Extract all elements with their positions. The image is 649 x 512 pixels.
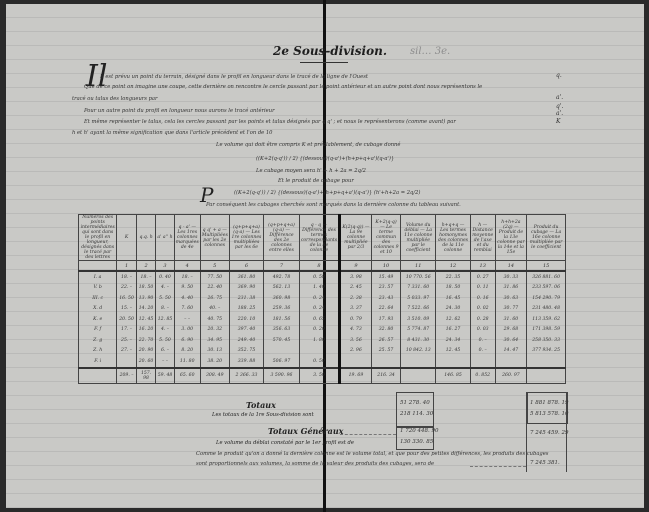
total-cell	[79, 368, 117, 384]
totaux-generaux-label: Totaux Généraux	[268, 426, 343, 436]
total-cell: 65. 60	[174, 368, 200, 384]
table-cell: 13. 90	[136, 293, 155, 304]
table-body: I. a18. –18. –0. 4018. –77. 50361. 80492…	[79, 271, 566, 368]
table-cell: 2. 38	[340, 293, 372, 304]
formula-line-6: Par conséquent les cubages cherchés sont…	[206, 202, 461, 208]
col-header: Produit du cubage — La 16e colonne multi…	[527, 215, 566, 261]
table-cell: 0. 65	[299, 314, 339, 325]
table-cell: 23. 43	[371, 293, 401, 304]
table-cell: 40. 75	[200, 314, 229, 325]
table-cell: 171 398. 59	[527, 325, 566, 336]
table-cell: Z. g	[79, 335, 117, 346]
table-row: X. d15. –14. 208. –7. 6040. –188. 25259.…	[79, 304, 566, 315]
table-cell: 18. –	[117, 271, 136, 283]
col-number: 14	[495, 261, 527, 272]
table-cell: 5. 50	[156, 293, 174, 304]
col-number: 5	[200, 261, 229, 272]
table-cell: 3. 56	[340, 335, 372, 346]
table-cell: 12. 45	[136, 314, 155, 325]
table-cell: 181. 56	[264, 314, 300, 325]
col-header: Volume du déblai — La 11e colonne multip…	[401, 215, 436, 261]
table-row: K. e20. 5012. 4512. 85– –40. 75220. 1018…	[79, 314, 566, 325]
table-cell: 30. 33	[495, 271, 527, 283]
table-cell: 5 033. 97	[401, 293, 436, 304]
table-cell: 25. –	[117, 335, 136, 346]
right-rule	[526, 392, 527, 472]
table-cell: 326 881. 60	[527, 271, 566, 283]
table-cell: III. c	[79, 293, 117, 304]
table-cell	[401, 356, 436, 368]
table-cell	[264, 346, 300, 357]
col-number: 10	[371, 261, 401, 272]
col-number: 3	[156, 261, 174, 272]
table-cell: 18. 50	[436, 283, 471, 294]
table-cell: 22. 64	[371, 304, 401, 315]
col-header: q q' + a — Multipliées par les 2e colonn…	[200, 215, 229, 261]
table-row: F. f17. –16. 204. –3. 0020. 32397. 40356…	[79, 325, 566, 336]
table-cell: 0. 50	[299, 356, 339, 368]
table-cell: 570. 45	[264, 335, 300, 346]
col-header: h — Distance moyenne de l'axe et du remb…	[470, 215, 495, 261]
table-cell: 30. 64	[495, 335, 527, 346]
total-cell: 216. 34	[371, 368, 401, 384]
table-cell: 14. 20	[136, 304, 155, 315]
table-cell: – –	[156, 356, 174, 368]
col-number: 6	[229, 261, 263, 272]
column-number-row: 1 2 3 4 5 6 7 8 9 10 11 12 13 14 15	[79, 261, 566, 272]
totals-row: 209. –157. 9859. 4865. 60308. 492 366. 3…	[79, 368, 566, 384]
table-cell: 16. 27	[436, 325, 471, 336]
table-cell: 10 842. 13	[401, 346, 436, 357]
table-cell	[340, 356, 372, 368]
table-cell: 249. 40	[229, 335, 263, 346]
table-cell: 30. 63	[495, 293, 527, 304]
total-cell: 157. 98	[136, 368, 155, 384]
table-cell: 34. 95	[200, 335, 229, 346]
table-cell: 32. 80	[371, 325, 401, 336]
table-cell: 0. 20	[299, 325, 339, 336]
table-cell: 25. 57	[371, 346, 401, 357]
intro-line-2: Que de ce point on imagine une coupe, ce…	[84, 82, 482, 92]
table-cell: F. i	[79, 356, 117, 368]
table-row: III. c16. 5013. 905. 504. 4026. 75231. 3…	[79, 293, 566, 304]
total-cell: 0. 852	[470, 368, 495, 384]
table-cell: 0. 28	[470, 314, 495, 325]
table-cell: Z. h	[79, 346, 117, 357]
table-cell: 15. 49	[371, 271, 401, 283]
page-title: 2e Sous-division.	[230, 44, 430, 58]
col-header: a' a'' h	[156, 215, 174, 261]
table-cell: 1. 80	[299, 335, 339, 346]
table-cell: 259. 36	[264, 304, 300, 315]
formula-line-3: Le cubage moyen sera h' + h + 2a = 2q/2	[256, 168, 366, 174]
table-cell: 20. 50	[117, 314, 136, 325]
right-general-total: 7 245 459. 29	[530, 430, 569, 436]
table-cell: 30. 77	[495, 304, 527, 315]
table-cell: 18. 50	[136, 283, 155, 294]
col-number: 8	[299, 261, 339, 272]
total-cell	[401, 368, 436, 384]
table-cell: V. b	[79, 283, 117, 294]
col-header: (q+p+q+a)(q-a) — Différence des 2e colon…	[264, 215, 300, 261]
table-cell: 77. 50	[200, 271, 229, 283]
formula-line-2: ((K+2(q-q')) / 2) {(dessous)(q-a')+(h+p+…	[256, 156, 394, 162]
col-number: 12	[436, 261, 471, 272]
col-number: 1	[117, 261, 136, 272]
table-cell: 2. 45	[340, 283, 372, 294]
table-cell: 4. 40	[174, 293, 200, 304]
margin-symbol-k: K	[556, 118, 560, 125]
table-cell: 24. 34	[436, 335, 471, 346]
table-cell: 15. –	[117, 304, 136, 315]
final-value: 7 245 381.	[530, 460, 560, 466]
table-row: Z. h27. –20. 906. –8. 2030. 13352. 752. …	[79, 346, 566, 357]
table-cell: 0. –	[470, 335, 495, 346]
table-cell: 233 597. 06	[527, 283, 566, 294]
total-cell: 146. 85	[436, 368, 471, 384]
table-cell: 4. –	[156, 283, 174, 294]
table-cell: 397. 40	[229, 325, 263, 336]
total-cell: 2 366. 33	[229, 368, 263, 384]
table-cell: 6. –	[156, 346, 174, 357]
table-cell: 26. 75	[200, 293, 229, 304]
total-cell: 19. 69	[340, 368, 372, 384]
table-header-row: Numéros des points intermédiaires qui so…	[79, 215, 566, 261]
formula-line-5: ((K+2(q-q')) / 2) {(dessous)(q-a')+(h+p+…	[234, 190, 420, 196]
table-cell: 8 431. 30	[401, 335, 436, 346]
table-cell: X. d	[79, 304, 117, 315]
leader-dots	[470, 466, 526, 467]
formula-line-1: Le volume qui doit être compris K et pré…	[216, 142, 400, 148]
col-header: h+q+q — Les termes homonymes des colonne…	[436, 215, 471, 261]
col-header: Numéros des points intermédiaires qui so…	[79, 215, 117, 261]
table-cell: 231. 38	[229, 293, 263, 304]
total-cell: 3. 50	[299, 368, 339, 384]
table-cell: 29. 68	[495, 325, 527, 336]
table-cell: 4. –	[156, 325, 174, 336]
leader-dots	[340, 434, 396, 435]
table-cell: 352. 75	[229, 346, 263, 357]
col-header: q - a' — Les 1res colonnes marquées de 4…	[174, 215, 200, 261]
col-number: 4	[174, 261, 200, 272]
margin-symbol-q: q.	[556, 72, 562, 79]
formula-line-4: Et le produit de cubage pour	[278, 178, 354, 184]
col-number: 2	[136, 261, 155, 272]
table-cell: 20. 32	[200, 325, 229, 336]
col-header: q.q. h	[136, 215, 155, 261]
table-cell: 22. 35	[436, 271, 471, 283]
final-text-1: Comme le produit qu'on a donné la derniè…	[196, 449, 548, 459]
table-cell: 2. 96	[340, 346, 372, 357]
table-cell: 369. 90	[229, 283, 263, 294]
table-cell: 24. 30	[436, 304, 471, 315]
right-rule	[566, 392, 567, 472]
table-cell: 18. –	[136, 271, 155, 283]
table-cell: 22. 40	[200, 283, 229, 294]
right-total-value: 5 813 578. 10	[530, 411, 569, 417]
table-cell: 154 290. 79	[527, 293, 566, 304]
table-cell: 16. 45	[436, 293, 471, 304]
table-cell: F. f	[79, 325, 117, 336]
table-cell: 12. 85	[156, 314, 174, 325]
table-cell: 38. 20	[200, 356, 229, 368]
table-cell: 3. 98	[340, 271, 372, 283]
table-cell: 0. 11	[470, 283, 495, 294]
table-cell: 258 350. 33	[527, 335, 566, 346]
margin-symbol-a2: a'.	[556, 110, 563, 117]
intro-line-4: Pour un autre point du profil en longueu…	[84, 106, 275, 116]
table-cell: 7. 60	[174, 304, 200, 315]
col-number: 15	[527, 261, 566, 272]
table-cell: I. a	[79, 271, 117, 283]
totals-value: 218 114. 30	[400, 411, 433, 417]
intro-line-3: tracé ou talus des longueurs par	[72, 94, 157, 104]
table-cell: 360. 98	[264, 293, 300, 304]
faded-stamp: sil… 3e.	[410, 46, 450, 57]
table-cell: 10 770. 56	[401, 271, 436, 283]
table-row: Z. g25. –22. 705. 506. 9034. 95249. 4057…	[79, 335, 566, 346]
table-cell: 377 934. 25	[527, 346, 566, 357]
table-cell	[436, 356, 471, 368]
table-cell: 0. 24	[299, 293, 339, 304]
table-cell: 30. 13	[200, 346, 229, 357]
table-cell: K. e	[79, 314, 117, 325]
col-header: h+h+2a (2q) — Produit de la 13e colonne …	[495, 215, 527, 261]
table-cell	[117, 356, 136, 368]
table-cell: 0. 24	[299, 304, 339, 315]
col-number	[79, 261, 117, 272]
table-cell: 22. –	[117, 283, 136, 294]
col-number: 7	[264, 261, 300, 272]
totaux-label: Totaux	[246, 400, 276, 410]
table-cell	[495, 356, 527, 368]
table-cell: 8. 20	[174, 346, 200, 357]
table-cell: 16. 50	[117, 293, 136, 304]
table-cell: 361. 80	[229, 271, 263, 283]
general-total-value: 130 330. 85	[400, 439, 433, 445]
table-cell: 188. 25	[229, 304, 263, 315]
table-cell: 27. –	[117, 346, 136, 357]
table-cell: 14. 47	[495, 346, 527, 357]
total-cell: 260. 97	[495, 368, 527, 384]
totals-box-1	[396, 392, 434, 428]
table-row: I. a18. –18. –0. 4018. –77. 50361. 80492…	[79, 271, 566, 283]
total-cell: 209. –	[117, 368, 136, 384]
table-cell: 6. 90	[174, 335, 200, 346]
table-cell: 0. 40	[156, 271, 174, 283]
subdivision-totals-label: Les totaux de la 1re Sous-division sont	[212, 412, 314, 418]
totals-value: 51 278. 40	[400, 400, 430, 406]
table-cell: 23. 57	[371, 283, 401, 294]
table-cell: 40. –	[200, 304, 229, 315]
title-underline	[300, 62, 348, 63]
table-cell: 7 331. 60	[401, 283, 436, 294]
table-cell: 0. –	[470, 346, 495, 357]
table-cell: 356. 63	[264, 325, 300, 336]
table-cell: 562. 13	[264, 283, 300, 294]
table-cell: 31. 86	[495, 283, 527, 294]
table-cell: 5 774. 87	[401, 325, 436, 336]
table-cell: 0. 79	[340, 314, 372, 325]
table-cell: 1. 40	[299, 283, 339, 294]
table-cell	[470, 356, 495, 368]
table-cell: 3. 37	[340, 304, 372, 315]
col-number: 9	[340, 261, 372, 272]
table-cell: 20. 60	[136, 356, 155, 368]
table-cell: 113 359. 62	[527, 314, 566, 325]
table-cell	[299, 346, 339, 357]
table-cell: 17. –	[117, 325, 136, 336]
total-cell: 308. 49	[200, 368, 229, 384]
col-number: 13	[470, 261, 495, 272]
table-cell: 0. 58	[299, 271, 339, 283]
table-cell	[371, 356, 401, 368]
col-header: q - q — Différence des termes correspond…	[299, 215, 339, 261]
margin-symbol-q2: q'.	[556, 103, 563, 110]
table-cell: 17. 93	[371, 314, 401, 325]
table-cell: 26. 57	[371, 335, 401, 346]
table-cell: 231 480. 48	[527, 304, 566, 315]
table-cell: 31. 60	[495, 314, 527, 325]
table-cell: 8. –	[156, 304, 174, 315]
table-cell: 12. 62	[436, 314, 471, 325]
totals-box-right	[527, 392, 568, 424]
table-cell: 5. 50	[156, 335, 174, 346]
col-header: (q+p+q+a)(q-a) — Les 1re colonnes multip…	[229, 215, 263, 261]
table-cell: 20. 90	[136, 346, 155, 357]
table-cell: 9. 50	[174, 283, 200, 294]
col-header: K	[117, 215, 136, 261]
table-cell	[527, 356, 566, 368]
col-header: K+2(q-q) — Le terme commun des colonnes …	[371, 215, 401, 261]
table-cell: 22. 70	[136, 335, 155, 346]
total-cell	[527, 368, 566, 384]
table-cell: 0. 16	[470, 293, 495, 304]
table-cell: 3. 00	[174, 325, 200, 336]
table-row: V. b22. –18. 504. –9. 5022. 40369. 90562…	[79, 283, 566, 294]
table-row: F. i20. 60– –11. 8038. 20339. 88506. 970…	[79, 356, 566, 368]
general-total-value: 1 720 448. 90	[400, 428, 439, 434]
final-text-2: sont proportionnels aux volumes, la somm…	[196, 459, 434, 469]
table-cell: 12. 45	[436, 346, 471, 357]
table-cell: 4. 73	[340, 325, 372, 336]
table-cell: 0. 02	[470, 304, 495, 315]
table-cell: 18. –	[174, 271, 200, 283]
intro-line-5: Et même représenter le talus, cela les c…	[84, 117, 456, 127]
table-cell: – –	[174, 314, 200, 325]
table-cell: 492. 78	[264, 271, 300, 283]
table-cell: 506. 97	[264, 356, 300, 368]
deblai-volume-label: Le volume du déblai constaté par le 1er …	[216, 440, 354, 446]
table-cell: 0. 27	[470, 271, 495, 283]
margin-symbol-a: a'.	[556, 94, 563, 101]
total-cell: 59. 48	[156, 368, 174, 384]
table-cell: 3 510. 09	[401, 314, 436, 325]
table-cell: 7 522. 66	[401, 304, 436, 315]
cubage-table: Numéros des points intermédiaires qui so…	[78, 214, 566, 384]
table-cell: 220. 10	[229, 314, 263, 325]
intro-line-6: h et h' ayant la même signification que …	[72, 128, 272, 138]
table-cell: 339. 88	[229, 356, 263, 368]
col-header: K(2(q-q)) — La 9e colonne multipliée par…	[340, 215, 372, 261]
total-cell: 3 590. 96	[264, 368, 300, 384]
table-cell: 16. 20	[136, 325, 155, 336]
col-number: 11	[401, 261, 436, 272]
right-total-value: 1 881 878. 19	[530, 400, 569, 406]
table-cell: 0. 03	[470, 325, 495, 336]
intro-line-1: Il est prévu un point du terrain, désign…	[100, 72, 368, 82]
table-cell: 11. 80	[174, 356, 200, 368]
